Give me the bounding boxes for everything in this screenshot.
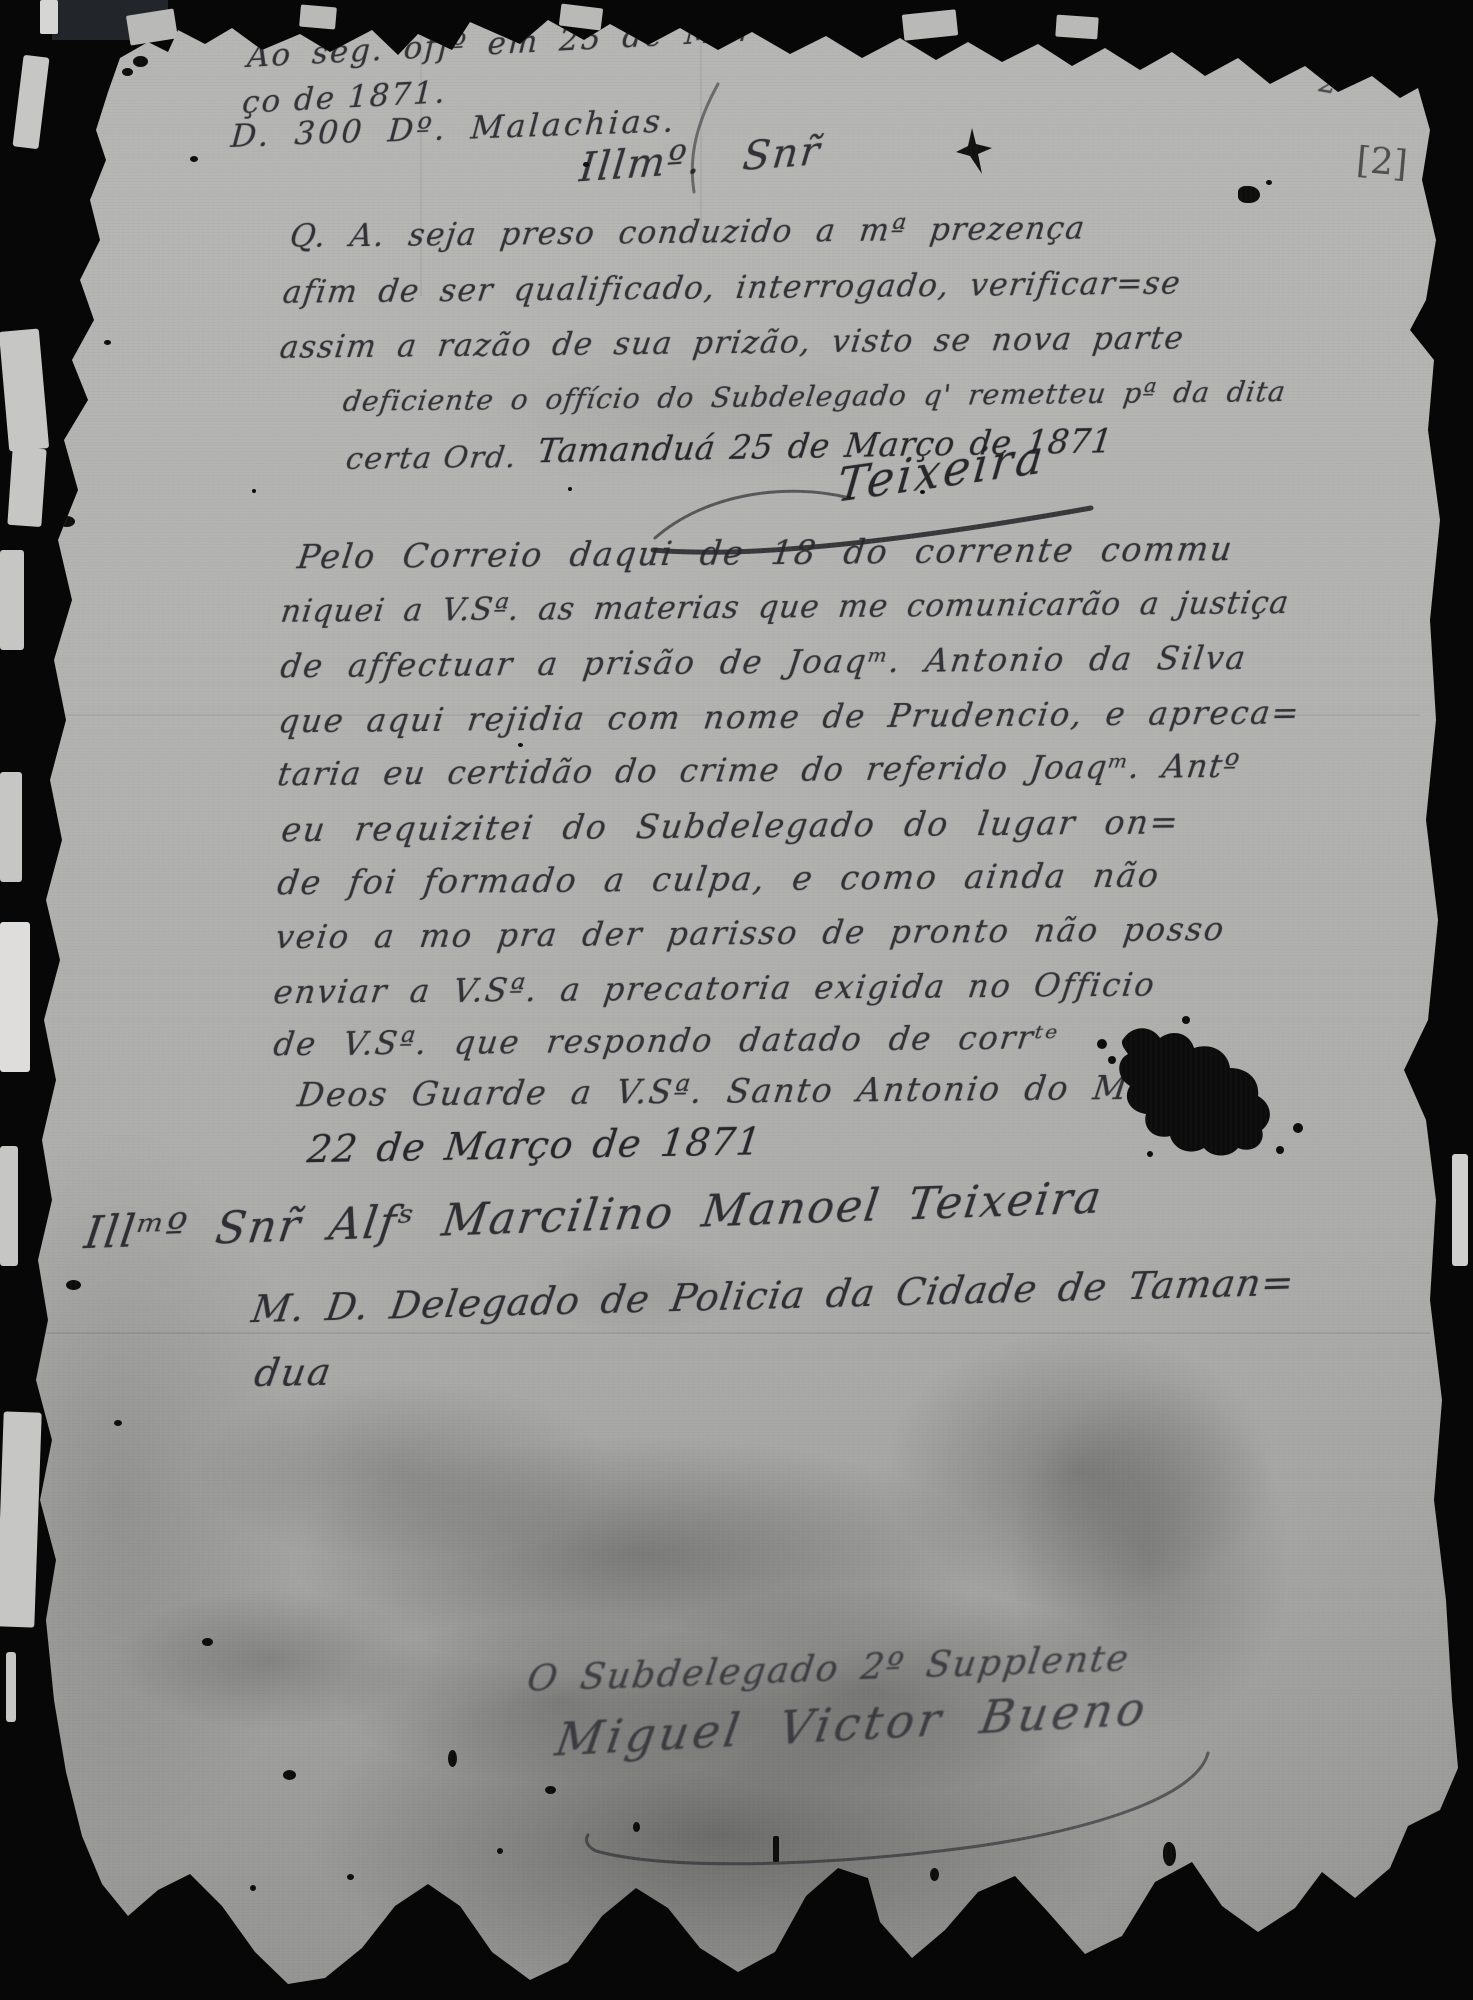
letter-line-1: Pelo Correio daqui de 18 do corrente com… — [296, 532, 1236, 573]
paper-sliver — [0, 328, 49, 451]
ink-speck — [497, 1848, 503, 1854]
letter-line-7: de foi formado a culpa, e como ainda não — [276, 858, 1163, 899]
ink-speck — [283, 1770, 296, 1780]
note-line-3: assim a razão de sua prizão, visto se no… — [278, 324, 1186, 365]
address-line-3: dua — [252, 1353, 335, 1392]
letter-line-12: 22 de Março de 1871 — [305, 1122, 764, 1168]
letter-line-9: enviar a V.Sª. a precatoria exigida no O… — [272, 968, 1158, 1008]
document-scan: Ao seg. offº em 25 de Mar= ço de 1871. D… — [0, 0, 1473, 2000]
paper-sliver — [7, 447, 46, 527]
ink-speck — [347, 1874, 354, 1880]
ink-speck — [42, 523, 51, 530]
paper-fragment — [902, 9, 958, 41]
ink-speck — [250, 1885, 256, 1891]
ink-speck — [545, 1786, 556, 1794]
ink-speck — [66, 1280, 81, 1290]
letter-line-8: veio a mo pra der parisso de pronto não … — [274, 913, 1228, 953]
ink-speck — [133, 56, 148, 67]
address-line-2: M. D. Delegado de Policia da Cidade de T… — [249, 1263, 1297, 1328]
paper-fragment — [1055, 15, 1098, 40]
ink-speck — [122, 68, 133, 76]
ink-speck — [114, 1420, 122, 1426]
paper-sliver — [0, 1411, 42, 1627]
letter-line-4: que aqui rejidia com nome de Prudencio, … — [277, 696, 1303, 737]
paper-sliver — [12, 55, 49, 149]
ink-speck — [202, 1638, 213, 1646]
ink-speck — [104, 340, 111, 345]
folio-number: [2] — [1355, 143, 1409, 183]
paper-hole — [1163, 1842, 1176, 1866]
paper-sliver — [0, 922, 30, 1072]
ink-speck — [190, 156, 198, 162]
closing-signature-flourish — [560, 1735, 1240, 1895]
paper-sliver — [0, 1146, 18, 1266]
ink-speck — [518, 743, 523, 747]
note-line-2: afim de ser qualificado, interrogado, ve… — [281, 269, 1183, 309]
letter-line-10: de V.Sª. que respondo datado de corrᵗᵉ — [272, 1021, 1061, 1060]
paper-sheet: Ao seg. offº em 25 de Mar= ço de 1871. D… — [0, 0, 1473, 2000]
letter-line-11: Deos Guarde a V.Sª. Santo Antonio do Mon… — [296, 1070, 1192, 1111]
paper-fragment — [40, 0, 58, 34]
ink-splatter — [956, 128, 996, 176]
pen-slash-mark — [678, 80, 726, 200]
paper-crack — [773, 1836, 779, 1862]
paper-sliver — [6, 1652, 16, 1722]
paper-fragment — [299, 4, 337, 29]
fold-crease — [40, 1332, 1430, 1334]
ink-speck — [568, 487, 572, 491]
paper-fragment — [559, 4, 603, 31]
ink-speck — [252, 489, 256, 493]
ink-blot — [1090, 1008, 1330, 1158]
ink-speck — [920, 490, 925, 494]
ink-speck — [930, 1868, 939, 1881]
paper-sliver — [1452, 1154, 1468, 1266]
address-line-1: Illᵐº Snr̃ Alfˢ Marcilino Manoel Teixeir… — [82, 1176, 1106, 1256]
ink-speck — [633, 1822, 640, 1832]
ink-speck — [583, 162, 589, 167]
letter-line-3: de affectuar a prisão de Joaqᵐ. Antonio … — [279, 642, 1249, 682]
ink-speck — [28, 938, 48, 953]
note-line-1: Q. A. seja preso conduzido a mª prezença — [288, 214, 1088, 253]
note-line-5: certa Ord. — [344, 443, 519, 475]
page-number: 2 — [1317, 68, 1339, 99]
ink-speck — [1266, 180, 1272, 185]
paper-fragment — [126, 8, 178, 45]
note-line-4: deficiente o offício do Subdelegado q' r… — [341, 378, 1287, 416]
ink-speck — [58, 516, 75, 527]
ink-speck — [448, 1750, 457, 1767]
paper-sliver — [0, 772, 22, 882]
letter-line-6: eu requizitei do Subdelegado do lugar on… — [280, 805, 1182, 846]
letter-line-2: niquei a V.Sª. as materias que me comuni… — [279, 588, 1291, 628]
letter-line-5: taria eu certidão do crime do referido J… — [276, 750, 1242, 790]
ink-speck — [1238, 186, 1260, 203]
paper-sliver — [0, 550, 24, 650]
